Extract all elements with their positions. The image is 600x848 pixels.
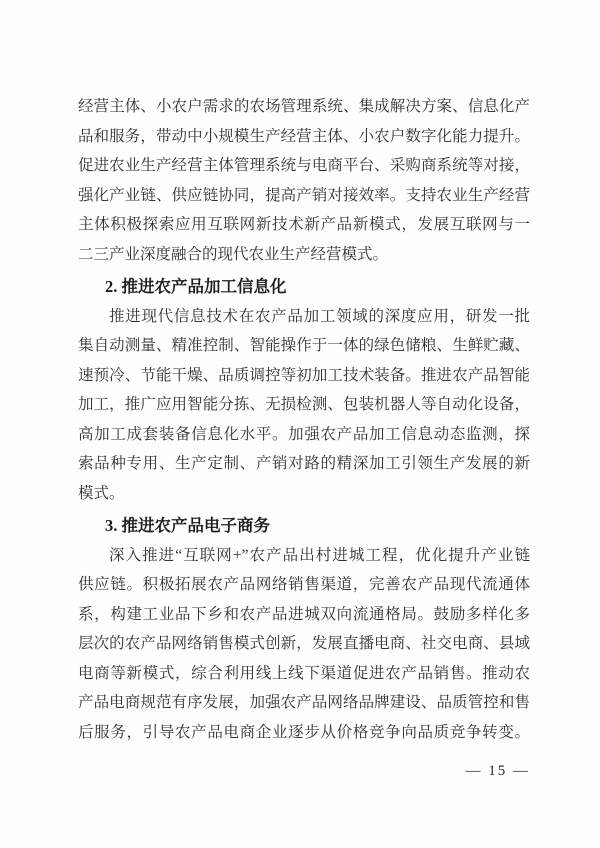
text-line: 产品电商规范有序发展，加强农产品网络品牌建设、品质管控和售 bbox=[78, 688, 530, 718]
text-line: 经营主体、小农户需求的农场管理系统、集成解决方案、信息化产 bbox=[78, 92, 530, 122]
text-line: 速预冷、节能干燥、品质调控等初加工技术装备。推进农产品智能 bbox=[78, 361, 530, 391]
text-line: 后服务，引导农产品电商企业逐步从价格竞争向品质竞争转变。 bbox=[78, 718, 530, 748]
text-line: 加工，推广应用智能分拣、无损检测、包装机器人等自动化设备，提 bbox=[78, 390, 530, 420]
paragraph-continued: 经营主体、小农户需求的农场管理系统、集成解决方案、信息化产 品和服务，带动中小规… bbox=[78, 92, 530, 269]
paragraph-ecommerce: 深入推进“互联网+”农产品出村进城工程，优化提升产业链 供应链。积极拓展农产品网… bbox=[78, 541, 530, 748]
text-line: 电商等新模式，综合利用线上线下渠道促进农产品销售。推动农 bbox=[78, 659, 530, 689]
page-number: — 15 — bbox=[466, 763, 531, 780]
text-line: 促进农业生产经营主体管理系统与电商平台、采购商系统等对接， bbox=[78, 151, 530, 181]
text-line: 层次的农产品网络销售模式创新，发展直播电商、社交电商、县域 bbox=[78, 629, 530, 659]
section-heading-2: 2. 推进农产品加工信息化 bbox=[78, 272, 530, 302]
text-line: 系，构建工业品下乡和农产品进城双向流通格局。鼓励多样化多 bbox=[78, 600, 530, 630]
text-line: 主体积极探索应用互联网新技术新产品新模式，发展互联网与一 bbox=[78, 210, 530, 240]
section-heading-3: 3. 推进农产品电子商务 bbox=[78, 511, 530, 541]
text-line: 强化产业链、供应链协同，提高产销对接效率。支持农业生产经营 bbox=[78, 181, 530, 211]
text-line: 集自动测量、精准控制、智能操作于一体的绿色储粮、生鲜贮藏、快 bbox=[78, 331, 530, 361]
document-body: 经营主体、小农户需求的农场管理系统、集成解决方案、信息化产 品和服务，带动中小规… bbox=[78, 92, 530, 747]
text-line: 索品种专用、生产定制、产销对路的精深加工引领生产发展的新 bbox=[78, 449, 530, 479]
paragraph-processing-informatization: 推进现代信息技术在农产品加工领域的深度应用，研发一批 集自动测量、精准控制、智能… bbox=[78, 302, 530, 509]
text-line: 推进现代信息技术在农产品加工领域的深度应用，研发一批 bbox=[78, 302, 530, 332]
text-line: 模式。 bbox=[78, 479, 530, 509]
document-page: 经营主体、小农户需求的农场管理系统、集成解决方案、信息化产 品和服务，带动中小规… bbox=[0, 0, 600, 848]
text-line: 供应链。积极拓展农产品网络销售渠道，完善农产品现代流通体 bbox=[78, 570, 530, 600]
text-line: 品和服务，带动中小规模生产经营主体、小农户数字化能力提升。 bbox=[78, 122, 530, 152]
text-line: 二三产业深度融合的现代农业生产经营模式。 bbox=[78, 240, 530, 270]
text-line: 高加工成套装备信息化水平。加强农产品加工信息动态监测，探 bbox=[78, 420, 530, 450]
text-line: 深入推进“互联网+”农产品出村进城工程，优化提升产业链 bbox=[78, 541, 530, 571]
